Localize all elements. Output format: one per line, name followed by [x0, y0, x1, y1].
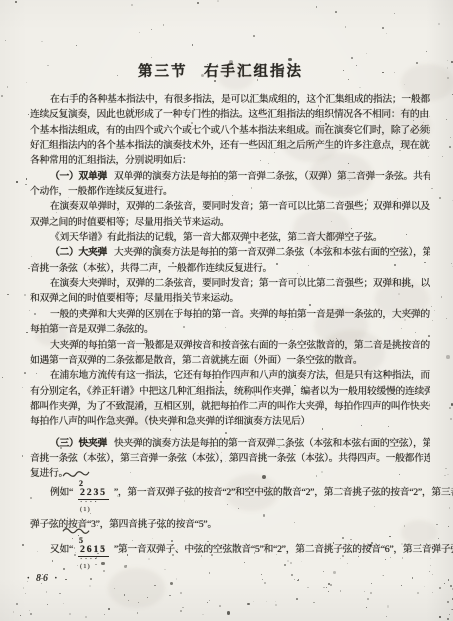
line-text: 一般的夹弹和大夹弹的区别在于每拍的第一音。夹弹的每拍第一音是弹一条弦的，大夹弹的: [50, 309, 430, 320]
text-line: 在右手的各种基本指法中，有很多指法，是可以汇集成组的，这个汇集组成的指法；一般都…: [30, 92, 430, 107]
text-line: 个动作，一般都作连续反复进行。: [30, 184, 430, 199]
line-text: 大夹弹的每拍第一音一般都是双弹按音和按音弦右面的一条空弦散音的，第二音是挑按音的…: [50, 340, 430, 351]
line-text: 各种常用的汇组指法，分别说明如后：: [30, 155, 191, 166]
line-text: 和双弹之间的时值要相等；尽量用指关节来运动。: [30, 293, 239, 304]
example-text: ”第一音双弹子、中弦的空弦散音“5”和“2”，第二音挑子弦的按音“6”，第三音弹…: [114, 544, 453, 555]
line-text: 每拍第一音是双弹二条弦的。: [30, 324, 153, 335]
text-line-section-2: （二）大夹弹大夹弹的演奏方法是每拍的第一音双弹二条弦（本弦和本弦右面的空弦），第…: [30, 245, 430, 260]
line-text: 在演奏双单弹时，双弹的二条弦音，要同时发音；第一音可以比第二音强些；双弹和弹以及…: [50, 201, 430, 212]
notation-upper-note: 5: [79, 536, 83, 545]
line-text: 个基本指法组成，有的由四个或六个或七个或八个基本指法来组成。而在演奏它们时，除了…: [30, 125, 430, 136]
text-line: 复进行。: [30, 466, 430, 481]
line-text: 《刘天华谱》有此指法的记载，第一音大都双弹中老弦，第二音大都弹空子弦。: [50, 232, 382, 243]
line-text: 个动作，一般都作连续反复进行。: [30, 186, 172, 197]
section-label: （二）大夹弹: [50, 247, 107, 258]
notation-fingering-mark: (1): [80, 563, 91, 570]
text-line: 连续反复演奏，因此也就形成了一种专门性的指法。这些汇组指法的组织情况各不相同：有…: [30, 107, 430, 122]
line-text: 大夹弹的演奏方法是每拍的第一音双弹二条弦（本弦和本弦右面的空弦），第二: [114, 247, 430, 258]
line-text: 在右手的各种基本指法中，有很多指法，是可以汇集成组的，这个汇集组成的指法；一般都…: [50, 94, 430, 105]
line-text: 在浦东地方流传有这一指法，它还有每拍作四声和八声的演奏方法，但是只有这种指法，而…: [50, 370, 430, 381]
text-line: 在演奏大夹弹时，双弹的二条弦音，要同时发音；第一音可以比第二音强些；双弹和挑，以…: [30, 276, 430, 291]
text-line: 个基本指法组成，有的由四个或六个或七个或八个基本指法来组成。而在演奏它们时，除了…: [30, 123, 430, 138]
line-text: 复进行。: [30, 468, 68, 479]
text-line-section-1: （一）双单弹双单弹的演奏方法是每拍的第一音弹二条弦，（双弹）第二音弹一条弦。共有…: [30, 169, 430, 184]
text-line: 大夹弹的每拍第一音一般都是双弹按音和按音弦右面的一条空弦散音的，第二音是挑按音的…: [30, 338, 430, 353]
line-text: 音挑一条弦（本弦），共得二声，一般都作连续反复进行。: [30, 263, 272, 274]
page-number: · 86 ·: [27, 573, 59, 584]
notation-example-2: 又如“52615····(1)”第一音双弹子、中弦的空弦散音“5”和“2”，第二…: [30, 541, 453, 555]
line-text: 好汇组指法内的各个基本指法的演奏技术外，还有一些因汇组之后所产生的许多注意点，现…: [30, 140, 430, 151]
jianpu-notation: 52615····(1): [78, 544, 109, 555]
section-label: （三）快夹弹: [50, 438, 107, 449]
text-line: 在演奏双单弹时，双弹的二条弦音，要同时发音；第一音可以比第二音强些；双弹和弹以及…: [30, 199, 430, 214]
example-lead: 又如“: [50, 544, 73, 555]
text-line: 在浦东地方流传有这一指法，它还有每拍作四声和八声的演奏方法，但是只有这种指法，而…: [30, 368, 430, 383]
text-line: 双弹之间的时值要相等；尽量用指关节来运动。: [30, 215, 430, 230]
line-text: 快夹弹的演奏方法是每拍的第一音双弹二条弦（本弦和本弦右面的空弦），第二: [114, 438, 430, 449]
text-line: 一般的夹弹和大夹弹的区别在于每拍的第一音。夹弹的每拍第一音是弹一条弦的，大夹弹的: [30, 307, 430, 322]
text-line: 都叫作夹弹，为了不致混淆，互相区别，就把每拍作二声的叫作大夹弹，每拍作四声的叫作…: [30, 399, 430, 414]
text-line: 音挑一条弦（本弦），共得二声，一般都作连续反复进行。: [30, 261, 430, 276]
text-line: 各种常用的汇组指法，分别说明如后：: [30, 153, 430, 168]
line-text: 连续反复演奏，因此也就形成了一种专门性的指法。这些汇组指法的组织情况各不相同：有…: [30, 109, 430, 120]
notation-beam-dots: ····: [80, 557, 99, 561]
body-text: 在右手的各种基本指法中，有很多指法，是可以汇集成组的，这个汇集组成的指法；一般都…: [30, 92, 430, 482]
example-text: 弹子弦的按音“3”，第四音挑子弦的按音“5”。: [30, 519, 217, 530]
section-label: （一）双单弹: [50, 171, 107, 182]
notation-beam-dots: ····: [80, 500, 99, 504]
notation-example-1: 例如“22235····(1)”，第一音双弹子弦的按音“2”和空中弦的散音“2”…: [30, 484, 453, 498]
scanned-book-page: 第三节 右手汇组指法 在右手的各种基本指法中，有很多指法，是可以汇集成组的，这个…: [0, 0, 453, 621]
text-line: 音挑一条弦（本弦），第三音弹一条弦（本弦），第四音挑一条弦（本弦）。共得四声。一…: [30, 451, 430, 466]
text-line: 每拍第一音是双弹二条弦的。: [30, 322, 430, 337]
example-text: ”，第一音双弹子弦的按音“2”和空中弦的散音“2”，第二音挑子弦的按音“2”，第…: [114, 487, 453, 498]
text-line: 每拍作八声的叫作急夹弹。（快夹弹和急夹弹的详细演奏方法见后）: [30, 414, 430, 429]
section-title: 第三节 右手汇组指法: [0, 60, 447, 81]
example-lead: 例如“: [50, 487, 73, 498]
jianpu-notation: 22235····(1): [78, 487, 109, 498]
text-line: 《刘天华谱》有此指法的记载，第一音大都双弹中老弦，第二音大都弹空子弦。: [30, 230, 430, 245]
text-line: 如遇第一音双弹的二条弦都是散音，第二音就挑左面（外面）一条空弦的散音。: [30, 353, 430, 368]
text-line: 好汇组指法内的各个基本指法的演奏技术外，还有一些因汇组之后所产生的许多注意点，现…: [30, 138, 430, 153]
line-text: 有分别定名，《养正轩谱》中把这几种汇组指法，统称叫作夹弹，编者以为一般用较缓慢的…: [30, 386, 430, 397]
text-line-section-3: （三）快夹弹快夹弹的演奏方法是每拍的第一音双弹二条弦（本弦和本弦右面的空弦），第…: [30, 436, 430, 451]
notation-fingering-mark: (1): [80, 506, 91, 513]
line-text: 在演奏大夹弹时，双弹的二条弦音，要同时发音；第一音可以比第二音强些；双弹和挑，以…: [50, 278, 430, 289]
text-line: 和双弹之间的时值要相等；尽量用指关节来运动。: [30, 291, 430, 306]
text-line: 有分别定名，《养正轩谱》中把这几种汇组指法，统称叫作夹弹，编者以为一般用较缓慢的…: [30, 384, 430, 399]
line-text: 每拍作八声的叫作急夹弹。（快夹弹和急夹弹的详细演奏方法见后）: [30, 416, 310, 427]
line-text: 都叫作夹弹，为了不致混淆，互相区别，就把每拍作二声的叫作大夹弹，每拍作四声的叫作…: [30, 401, 430, 412]
line-text: 如遇第一音双弹的二条弦都是散音，第二音就挑左面（外面）一条空弦的散音。: [30, 355, 362, 366]
line-text: 双弹之间的时值要相等；尽量用指关节来运动。: [30, 217, 229, 228]
notation-example-1-continued: 弹子弦的按音“3”，第四音挑子弦的按音“5”。: [30, 516, 217, 530]
notation-upper-note: 2: [79, 479, 83, 488]
line-text: 音挑一条弦（本弦），第三音弹一条弦（本弦），第四音挑一条弦（本弦）。共得四声。一…: [30, 453, 430, 464]
line-text: 双单弹的演奏方法是每拍的第一音弹二条弦，（双弹）第二音弹一条弦。共有二: [114, 171, 430, 182]
